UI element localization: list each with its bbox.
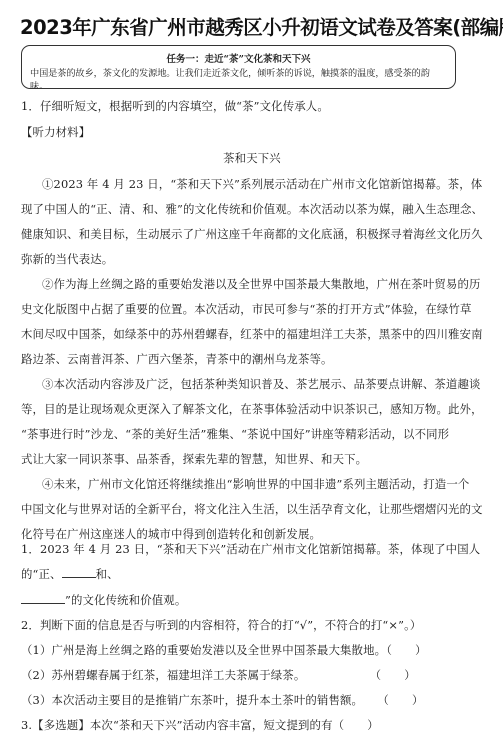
passage-line: 健康知识、和美目标，生动展示了广州这座千年商都的文化底涵，积极探寻着海丝文化历久: [21, 226, 483, 242]
fill-question-line-3: ”的文化传统和价值观。: [21, 592, 483, 608]
fill-suffix: 和、: [96, 567, 119, 581]
passage-line: 化符号在广州这座迷人的城市中得到创造转化和创新发展。: [21, 526, 483, 542]
judge-item-2: （2）苏州碧螺春属于红茶，福建坦洋工夫茶属于绿茶。（ ）: [21, 667, 483, 683]
judge-item-text: （2）苏州碧螺春属于红茶，福建坦洋工夫茶属于绿茶。: [21, 668, 305, 682]
task-box: 任务一：走近“茶”文化茶和天下兴 中国是茶的故乡，茶文化的发源地。让我们走近茶文…: [21, 45, 456, 89]
passage-line: “茶事进行时”沙龙、“茶的美好生活”雅集、“茶说中国好”讲座等精彩活动，以不同形: [21, 426, 483, 442]
answer-blank-2[interactable]: [21, 593, 65, 604]
passage-line: ③本次活动内容涉及广泛，包括茶种类知识普及、茶艺展示、品茶要点讲解、茶道趣谈: [42, 376, 503, 392]
multi-choice-question: 3.【多选题】本次“茶和天下兴”活动内容丰富，短文提到的有（ ）: [21, 717, 483, 733]
judge-question-intro: 2．判断下面的信息是否与听到的内容相符，符合的打“√”，不符合的打“×”。）: [21, 617, 483, 633]
passage-line: 弥新的当代表达。: [21, 251, 483, 267]
passage-line: 路边茶、云南普洱茶、广西六堡茶，青茶中的潮州乌龙茶等。: [21, 351, 483, 367]
task-text: 中国是茶的故乡，茶文化的发源地。让我们走近茶文化，倾听茶的诉说，触摸茶的温度，感…: [30, 67, 447, 89]
material-label: 【听力材料】: [21, 124, 483, 140]
judge-item-1: （1）广州是海上丝绸之路的重要始发港以及全世界中国茶最大集散地。（ ）: [21, 642, 483, 658]
task-heading: 任务一：走近“茶”文化茶和天下兴: [22, 51, 455, 65]
question-1-intro: 1．仔细听短文，根据听到的内容填空，做“茶”文化传承人。: [21, 98, 483, 114]
page-title: 2023年广东省广州市越秀区小升初语文试卷及答案(部编版): [20, 12, 500, 40]
fill-suffix-2: ”的文化传统和价值观。: [65, 593, 186, 607]
judge-item-text: （3）本次活动主要目的是推销广东茶叶，提升本土茶叶的销售额。: [21, 693, 363, 707]
answer-bracket[interactable]: （ ）: [375, 668, 415, 682]
judge-item-3: （3）本次活动主要目的是推销广东茶叶，提升本土茶叶的销售额。（ ）: [21, 692, 483, 708]
passage-line: ①2023 年 4 月 23 日，“茶和天下兴”系列展示活动在广州市文化馆新馆揭…: [42, 176, 503, 192]
passage-line: 木间尽叹中国茶，如绿茶中的苏州碧螺春，红茶中的福建坦洋工夫茶，黑茶中的四川雅安南: [21, 326, 483, 342]
passage-line: ②作为海上丝绸之路的重要始发港以及全世界中国茶最大集散地，广州在茶叶贸易的历: [42, 276, 503, 292]
passage-line: ④未来，广州市文化馆还将继续推出“影响世界的中国非遗”系列主题活动，打造一个: [42, 476, 503, 492]
passage-line: 现了中国人的“正、清、和、雅”的文化传统和价值观。本次活动以茶为媒，融入生态理念…: [21, 201, 483, 217]
fill-prefix: 的“正、: [21, 567, 62, 581]
answer-bracket[interactable]: （ ）: [386, 643, 426, 657]
passage-line: 史文化版图中占据了重要的位置。本次活动，市民可参与“茶的打开方式”体验，在绿竹草: [21, 301, 483, 317]
passage-line: 式让大家一同识茶事、品茶香，探索先辈的智慧，知世界、和天下。: [21, 451, 483, 467]
passage-line: 中国文化与世界对话的全新平台，将文化注入生活，以生活孕育文化，让那些熠熠闪光的文: [21, 501, 483, 517]
answer-bracket[interactable]: （ ）: [383, 693, 423, 707]
fill-question-line-2: 的“正、和、: [21, 566, 483, 582]
passage-title: 茶和天下兴: [21, 150, 483, 166]
answer-blank-1[interactable]: [62, 567, 96, 578]
judge-item-text: （1）广州是海上丝绸之路的重要始发港以及全世界中国茶最大集散地。: [21, 643, 386, 657]
passage-line: 等，目的是让现场观众更深入了解茶文化，在茶事体验活动中识茶识己，感知万物。此外，: [21, 401, 483, 417]
fill-question-line-1: 1．2023 年 4 月 23 日，“茶和天下兴”活动在广州市文化馆新馆揭幕。茶…: [21, 541, 483, 557]
